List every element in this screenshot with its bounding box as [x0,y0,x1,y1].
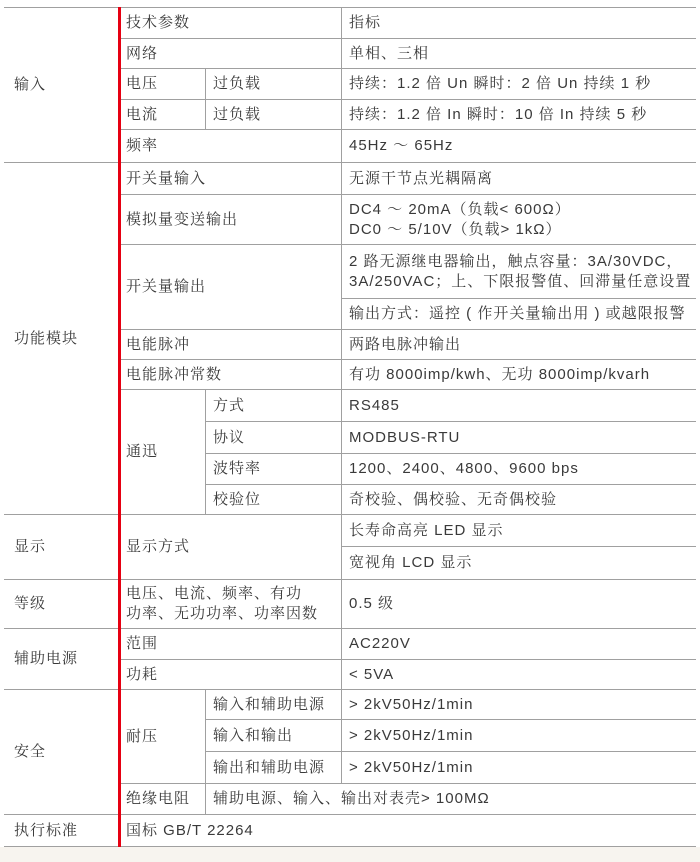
withstand-row3-label: 输出和辅助电源 [205,751,341,783]
category-aux-power: 辅助电源 [4,628,119,689]
current-overload-label: 过负载 [205,99,341,129]
analog-output-label: 模拟量变送输出 [119,194,341,244]
grade-items-line1: 电压、电流、频率、有功 [126,584,302,604]
voltage-value: 持续：1.2 倍 Un 瞬时：2 倍 Un 持续 1 秒 [341,68,696,99]
category-grade: 等级 [4,579,119,628]
grade-items-line2: 功率、无功功率、功率因数 [126,604,318,624]
display-value-lcd: 宽视角 LCD 显示 [341,546,696,579]
withstand-label: 耐压 [119,689,205,783]
current-value: 持续：1.2 倍 In 瞬时：10 倍 In 持续 5 秒 [341,99,696,129]
energy-pulse-value: 两路电脉冲输出 [341,329,696,359]
bottom-margin-tint [0,847,700,862]
comm-parity-label: 校验位 [205,484,341,514]
aux-range-label: 范围 [119,628,341,659]
category-modules: 功能模块 [4,162,119,514]
digital-output-label: 开关量输出 [119,244,341,329]
network-value: 单相、三相 [341,38,696,68]
aux-power-label: 功耗 [119,659,341,689]
withstand-row3-value: > 2kV50Hz/1min [341,751,696,783]
digital-input-label: 开关量输入 [119,162,341,194]
frequency-value: 45Hz ～ 65Hz [341,129,696,162]
spec-table: 输入 功能模块 显示 等级 辅助电源 安全 执行标准 技术参数 指标 网络 单相… [4,7,696,847]
voltage-overload-label: 过负载 [205,68,341,99]
insulation-value: 辅助电源、输入、输出对表壳> 100MΩ [205,783,696,814]
insulation-label: 绝缘电阻 [119,783,205,814]
frequency-label: 频率 [119,129,341,162]
analog-output-value-line1: DC4 ～ 20mA（负载< 600Ω） [349,200,571,220]
pulse-constant-label: 电能脉冲常数 [119,359,341,389]
comm-protocol-label: 协议 [205,421,341,453]
digital-output-value-2: 输出方式：遥控 ( 作开关量输出用 ) 或越限报警 [341,298,696,329]
withstand-row1-value: > 2kV50Hz/1min [341,689,696,719]
display-value-led: 长寿命高亮 LED 显示 [341,514,696,546]
comm-mode-label: 方式 [205,389,341,421]
withstand-row1-label: 输入和辅助电源 [205,689,341,719]
aux-power-value: < 5VA [341,659,696,689]
standard-value: 国标 GB/T 22264 [119,814,696,846]
analog-output-value-line2: DC0 ～ 5/10V（负载> 1kΩ） [349,220,562,240]
analog-output-value: DC4 ～ 20mA（负载< 600Ω） DC0 ～ 5/10V（负载> 1kΩ… [341,194,696,244]
aux-range-value: AC220V [341,628,696,659]
digital-input-value: 无源干节点光耦隔离 [341,162,696,194]
comm-protocol-value: MODBUS-RTU [341,421,696,453]
comm-mode-value: RS485 [341,389,696,421]
display-mode-label: 显示方式 [119,514,341,579]
category-input: 输入 [4,8,119,162]
voltage-label: 电压 [119,68,205,99]
digital-output-value-1: 2 路无源继电器输出，触点容量：3A/30VDC，3A/250VAC；上、下限报… [341,244,696,298]
grade-value: 0.5 级 [341,579,696,628]
header-value-label: 指标 [341,8,696,38]
category-standard: 执行标准 [4,814,119,846]
comm-baud-label: 波特率 [205,453,341,484]
category-safety: 安全 [4,689,119,814]
category-display: 显示 [4,514,119,579]
network-label: 网络 [119,38,341,68]
withstand-row2-label: 输入和输出 [205,719,341,751]
comm-parity-value: 奇校验、偶校验、无奇偶校验 [341,484,696,514]
spec-table-page: 输入 功能模块 显示 等级 辅助电源 安全 执行标准 技术参数 指标 网络 单相… [0,0,700,862]
comm-label: 通迅 [119,389,205,514]
grade-items-label: 电压、电流、频率、有功 功率、无功功率、功率因数 [119,579,341,628]
red-accent-bar [118,7,121,847]
pulse-constant-value: 有功 8000imp/kwh、无功 8000imp/kvarh [341,359,696,389]
current-label: 电流 [119,99,205,129]
comm-baud-value: 1200、2400、4800、9600 bps [341,453,696,484]
withstand-row2-value: > 2kV50Hz/1min [341,719,696,751]
energy-pulse-label: 电能脉冲 [119,329,341,359]
header-param-label: 技术参数 [119,8,341,38]
